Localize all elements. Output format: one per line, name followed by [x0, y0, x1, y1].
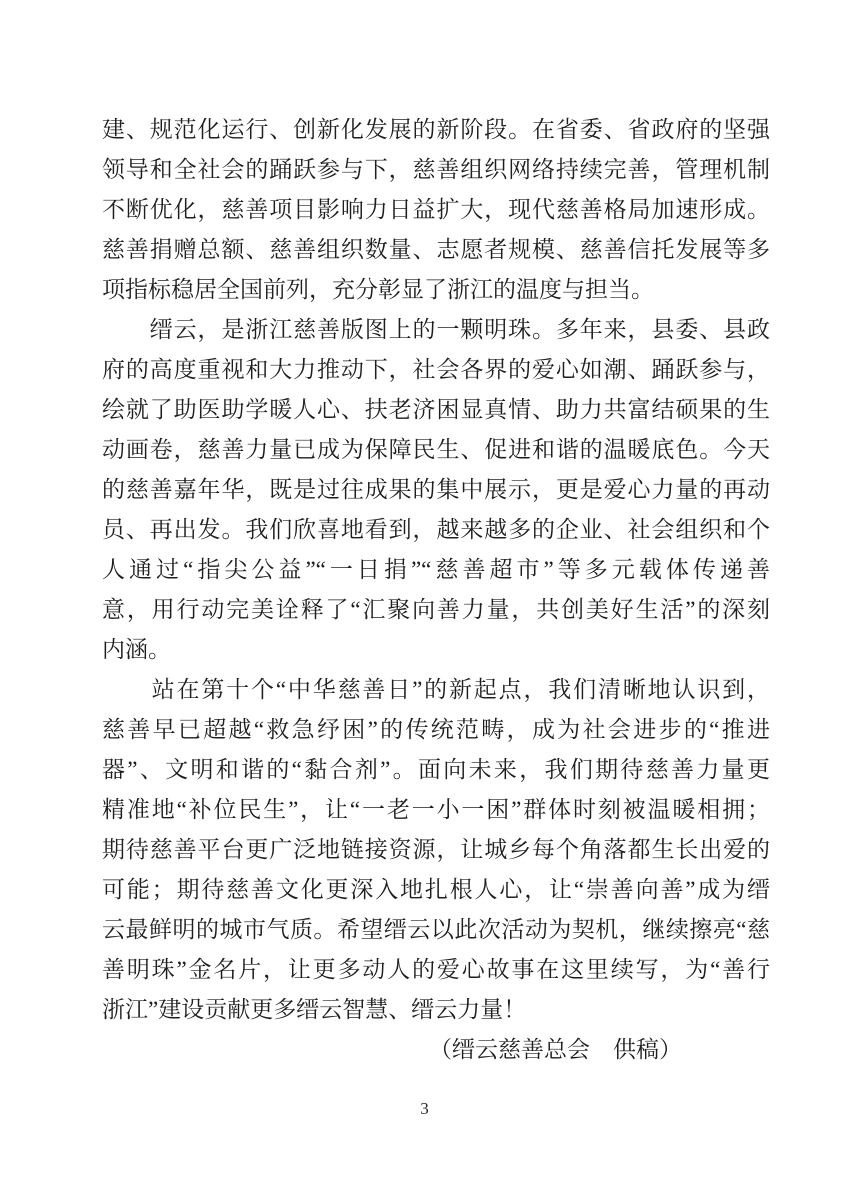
page-number: 3 [0, 1096, 849, 1122]
text-line: 项指标稳居全国前列，充分彰显了浙江的温度与担当。 [102, 270, 770, 310]
text-line: 绘就了助医助学暖人心、扶老济困显真情、助力共富结硕果的生 [102, 390, 770, 430]
text-line: 意，用行动完美诠释了“汇聚向善力量，共创美好生活”的深刻 [102, 590, 770, 630]
text-line: 浙江”建设贡献更多缙云智慧、缙云力量！ [102, 990, 770, 1030]
text-line: 不断优化，慈善项目影响力日益扩大，现代慈善格局加速形成。 [102, 190, 770, 230]
paragraph: 建、规范化运行、创新化发展的新阶段。在省委、省政府的坚强领导和全社会的踊跃参与下… [102, 110, 770, 310]
text-line: 领导和全社会的踊跃参与下，慈善组织网络持续完善，管理机制 [102, 150, 770, 190]
text-line: 慈善早已超越“救急纾困”的传统范畴，成为社会进步的“推进 [102, 710, 770, 750]
paragraph: 站在第十个“中华慈善日”的新起点，我们清晰地认识到，慈善早已超越“救急纾困”的传… [102, 670, 770, 1030]
text-line: 站在第十个“中华慈善日”的新起点，我们清晰地认识到， [102, 670, 770, 710]
text-line: 精准地“补位民生”，让“一老一小一困”群体时刻被温暖相拥； [102, 790, 770, 830]
document-page: 建、规范化运行、创新化发展的新阶段。在省委、省政府的坚强领导和全社会的踊跃参与下… [0, 0, 849, 1200]
paragraph: 缙云，是浙江慈善版图上的一颗明珠。多年来，县委、县政府的高度重视和大力推动下，社… [102, 310, 770, 670]
text-line: 建、规范化运行、创新化发展的新阶段。在省委、省政府的坚强 [102, 110, 770, 150]
text-line: 员、再出发。我们欣喜地看到，越来越多的企业、社会组织和个 [102, 510, 770, 550]
text-line: 期待慈善平台更广泛地链接资源，让城乡每个角落都生长出爱的 [102, 830, 770, 870]
text-line: 云最鲜明的城市气质。希望缙云以此次活动为契机，继续擦亮“慈 [102, 910, 770, 950]
text-line: 人通过“指尖公益”“一日捐”“慈善超市”等多元载体传递善 [102, 550, 770, 590]
text-line: 内涵。 [102, 630, 770, 670]
text-line: 慈善捐赠总额、慈善组织数量、志愿者规模、慈善信托发展等多 [102, 230, 770, 270]
document-body: 建、规范化运行、创新化发展的新阶段。在省委、省政府的坚强领导和全社会的踊跃参与下… [102, 110, 770, 1030]
text-line: 动画卷，慈善力量已成为保障民生、促进和谐的温暖底色。今天 [102, 430, 770, 470]
text-line: 可能；期待慈善文化更深入地扎根人心，让“崇善向善”成为缙 [102, 870, 770, 910]
attribution-line: （缙云慈善总会 供稿） [102, 1030, 770, 1070]
text-line: 器”、文明和谐的“黏合剂”。面向未来，我们期待慈善力量更 [102, 750, 770, 790]
text-line: 善明珠”金名片，让更多动人的爱心故事在这里续写，为“善行 [102, 950, 770, 990]
text-line: 府的高度重视和大力推动下，社会各界的爱心如潮、踊跃参与， [102, 350, 770, 390]
text-line: 缙云，是浙江慈善版图上的一颗明珠。多年来，县委、县政 [102, 310, 770, 350]
text-line: 的慈善嘉年华，既是过往成果的集中展示，更是爱心力量的再动 [102, 470, 770, 510]
